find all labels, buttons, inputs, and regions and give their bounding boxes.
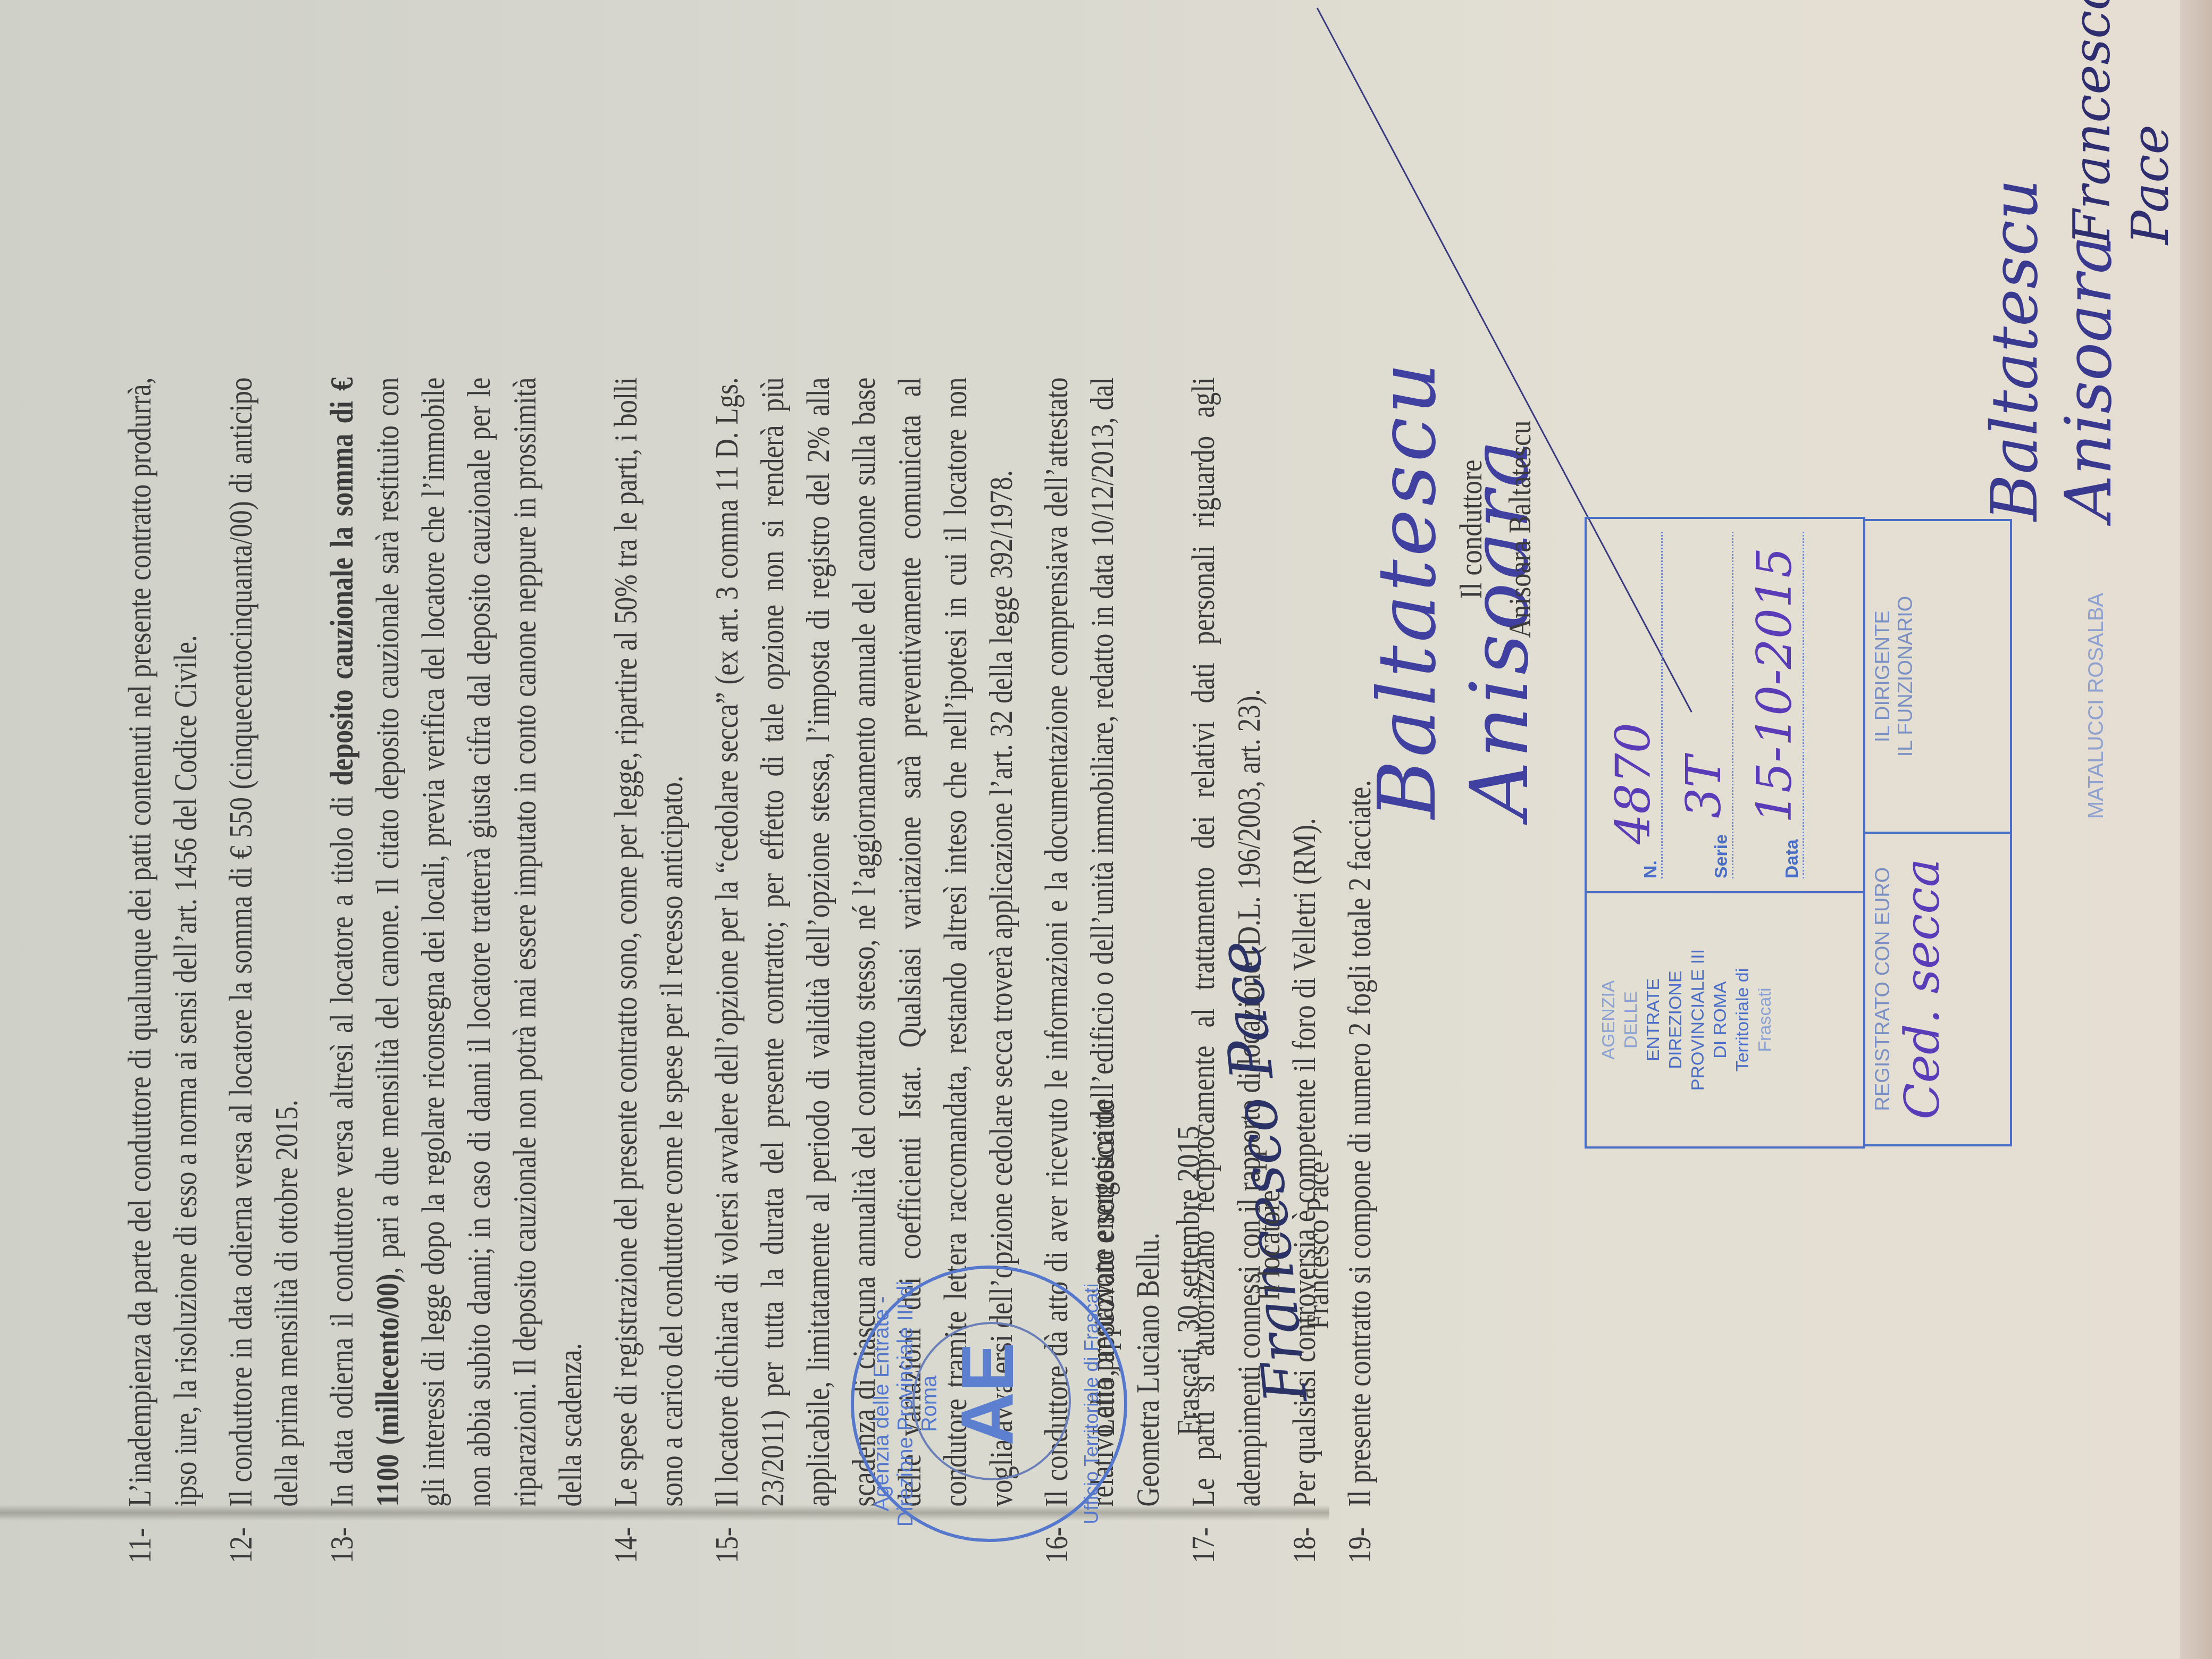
registration-stamp: AGENZIA DELLE ENTRATE DIREZIONE PROVINCI… — [1585, 517, 1865, 1149]
registration-date: 15-10-2015 — [1747, 547, 1803, 823]
place-date: Frascati, 30 settembre 2015 — [1170, 1126, 1208, 1436]
official-name: MATALUCCI ROSALBA — [2084, 593, 2108, 819]
agency-block: AGENZIA DELLE ENTRATE DIREZIONE PROVINCI… — [1587, 891, 1863, 1146]
page-edge — [2180, 0, 2212, 1659]
registration-number-row: N. 4870 — [1597, 532, 1663, 878]
registered-amount: Ced. secca — [1895, 842, 1950, 1136]
conduttore-name: Anisoara Baltatescu — [1495, 421, 1544, 638]
clause-13: 13- In data odierna il conduttore versa … — [319, 378, 593, 1563]
registration-lower: REGISTRATO CON EURO Ced. secca IL DIRIGE… — [1863, 519, 2012, 1146]
conduttore-role: Il conduttore — [1446, 421, 1495, 638]
registration-series: 3T — [1676, 756, 1732, 818]
registration-series-row: Serie 3T — [1668, 532, 1733, 878]
registration-date-row: Data 15-10-2015 — [1739, 532, 1804, 878]
clause-14: 14- Le spese di registrazione del presen… — [603, 378, 694, 1563]
margin-signature-locatore: Francesco Pace — [2063, 0, 2180, 245]
registered-amount-cell: REGISTRATO CON EURO Ced. secca — [1863, 832, 2010, 1144]
registration-fields: N. 4870 Serie 3T Data 15-10-2015 — [1587, 519, 1863, 891]
round-agency-stamp: Agenzia delle Entrate - Direzione Provin… — [851, 1266, 1127, 1542]
locatore-block: Il locatore Francesco Pace — [1244, 1161, 1342, 1329]
conduttore-block: Il conduttore Anisoara Baltatescu — [1446, 421, 1544, 638]
contract-page: 11- L’inadempienza da parte del condutto… — [43, 32, 2169, 1627]
clause-11: 11- L’inadempienza da parte del condutto… — [117, 378, 208, 1563]
locatore-name: Francesco Pace — [1293, 1161, 1342, 1329]
official-cell: IL DIRIGENTE IL FUNZIONARIO — [1863, 521, 2010, 832]
locatore-role: Il locatore — [1244, 1161, 1293, 1329]
registration-number: 4870 — [1605, 723, 1661, 844]
agency-logo-icon: AE — [944, 1343, 1030, 1446]
clause-12: 12- Il conduttore in data odierna versa … — [218, 378, 309, 1563]
